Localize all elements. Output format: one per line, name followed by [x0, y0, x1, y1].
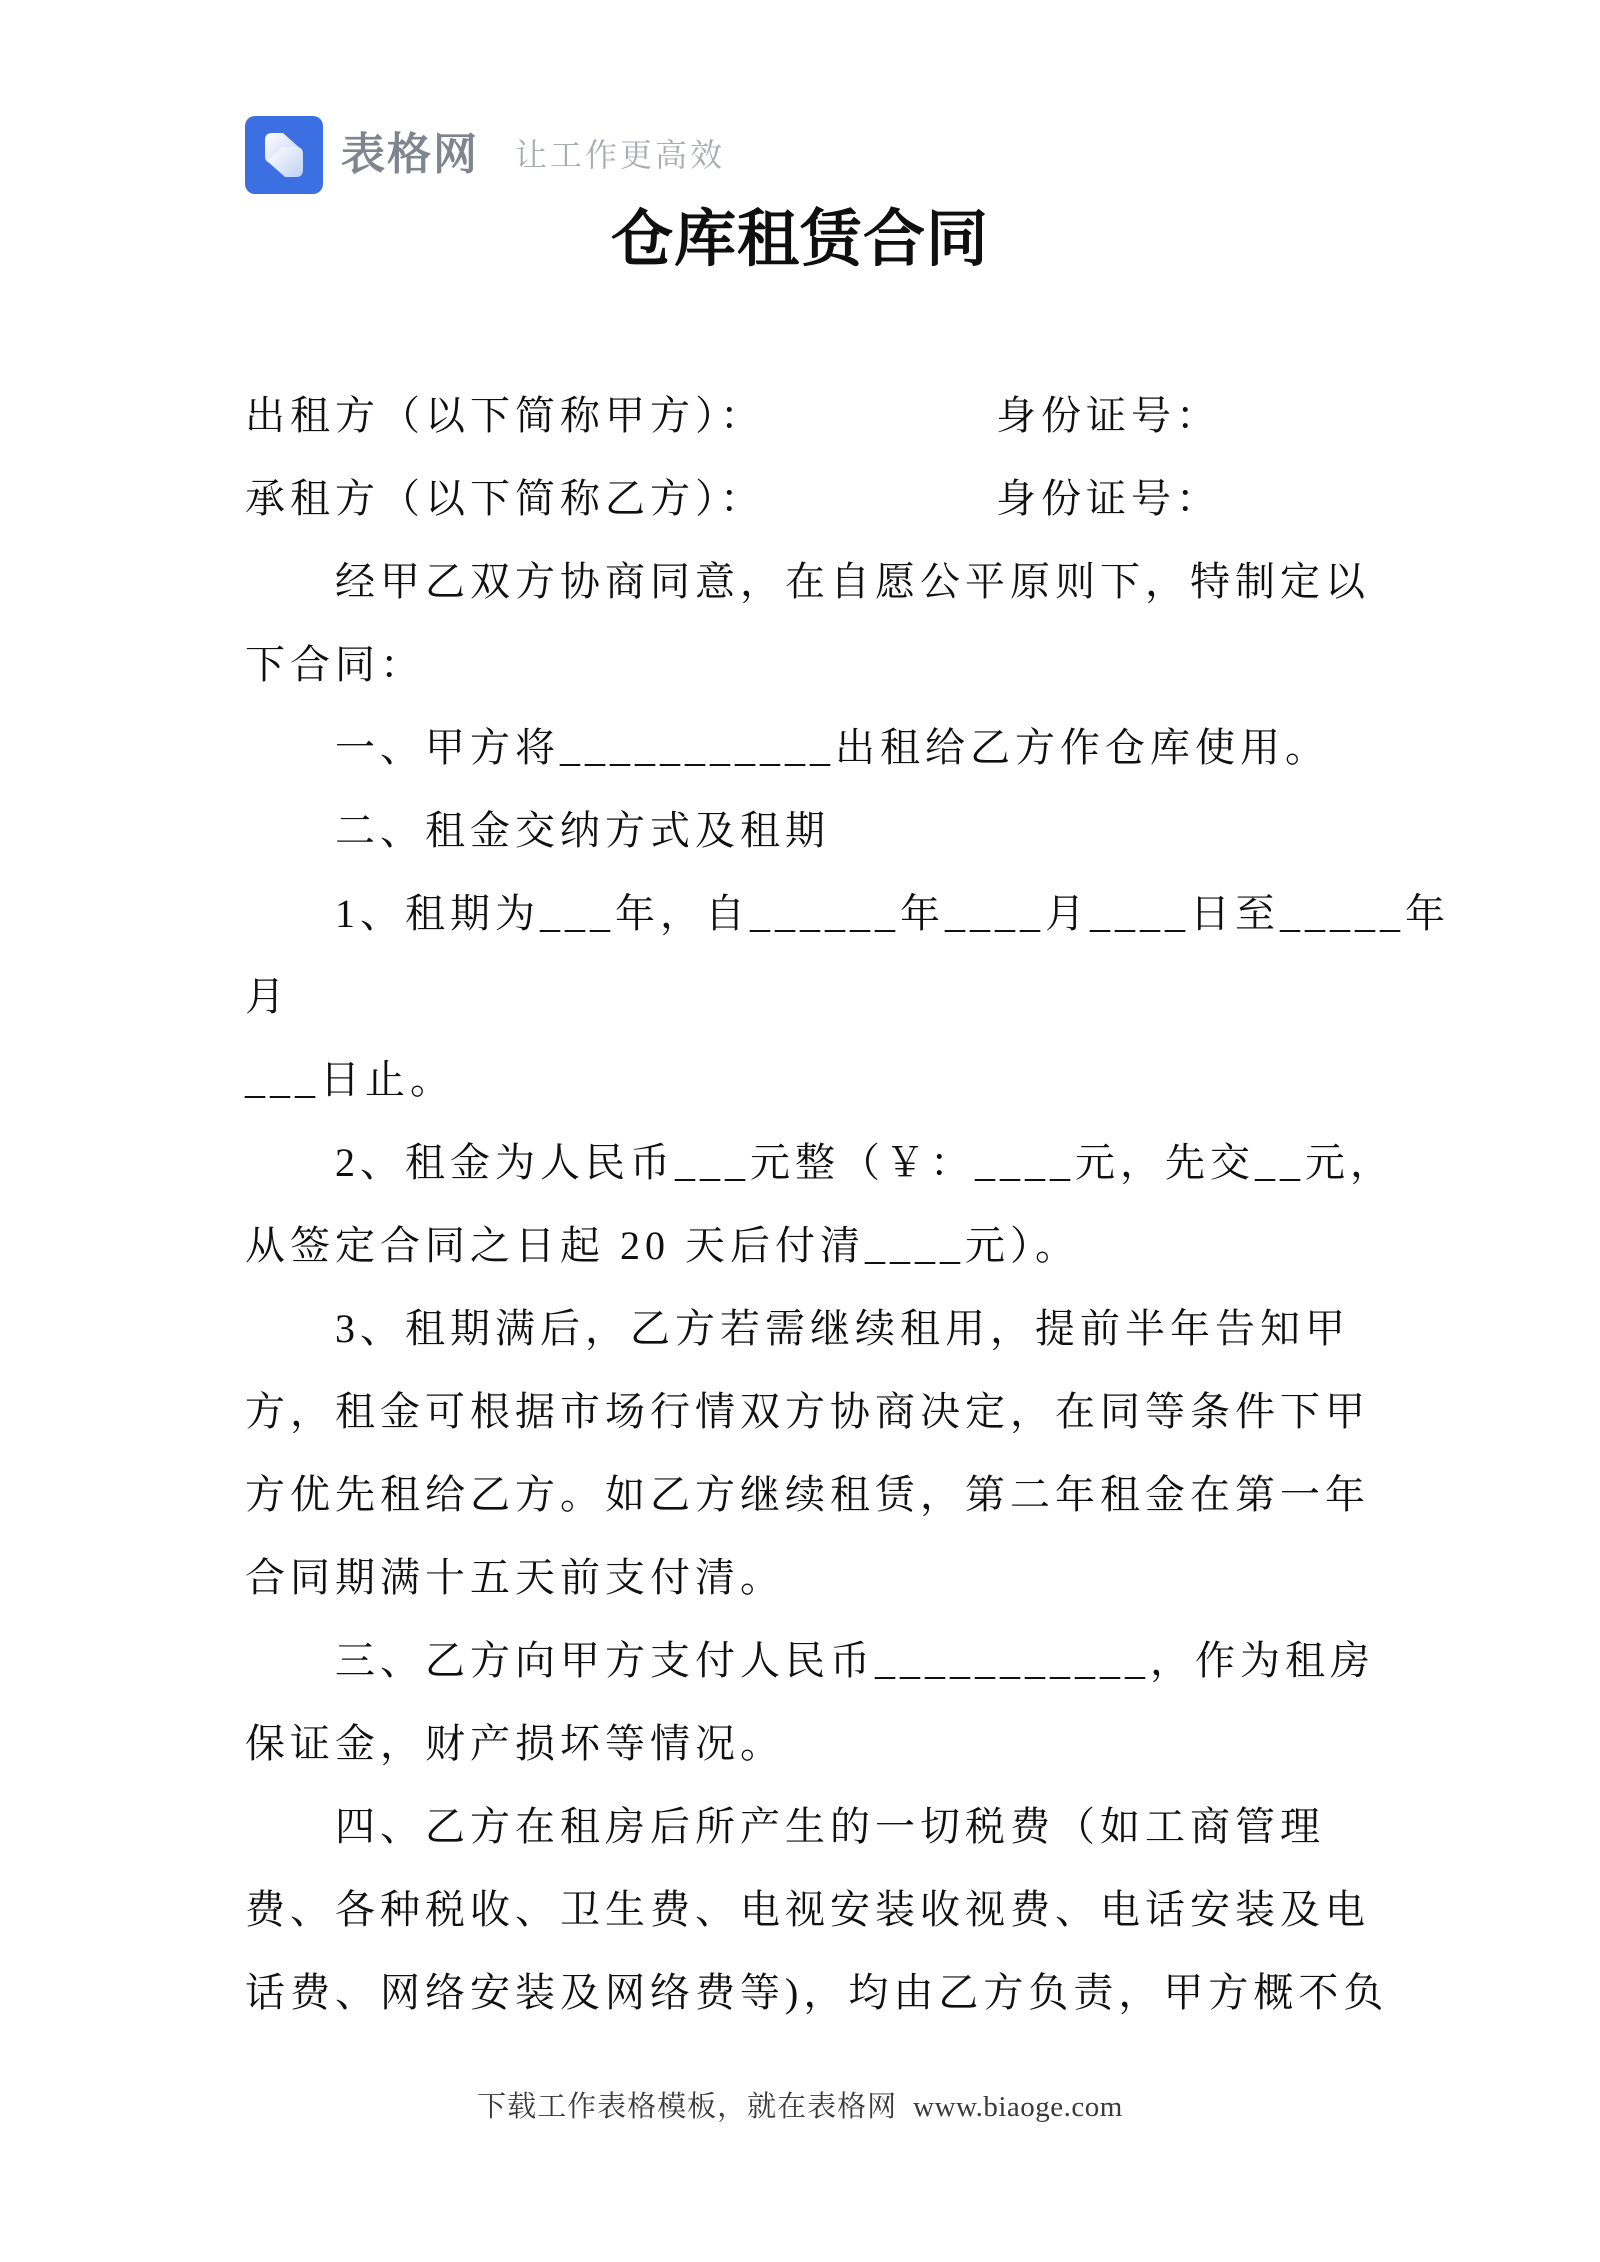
site-header: 表格网 让工作更高效 — [245, 116, 725, 194]
contract-line: 二、租金交纳方式及租期 — [245, 789, 1355, 872]
biaoge-logo — [245, 116, 323, 194]
lessee-label: 承租方（以下简称乙方）： — [245, 476, 765, 521]
contract-line: 月 — [245, 955, 1355, 1038]
brand-tagline: 让工作更高效 — [515, 116, 725, 194]
footer-url: www.biaoge.com — [913, 2091, 1123, 2123]
contract-line: 话费、网络安装及网络费等)，均由乙方负责，甲方概不负 — [245, 1951, 1355, 2034]
contract-line: 从签定合同之日起 20 天后付清____元）。 — [245, 1204, 1355, 1287]
contract-line: 一、甲方将___________出租给乙方作仓库使用。 — [245, 706, 1355, 789]
contract-line: 三、乙方向甲方支付人民币___________，作为租房 — [245, 1619, 1355, 1702]
contract-line: 下合同： — [245, 623, 1355, 706]
page-footer: 下载工作表格模板，就在表格网www.biaoge.com — [0, 2086, 1600, 2128]
footer-text: 下载工作表格模板，就在表格网 — [477, 2091, 897, 2123]
contract-line: 费、各种税收、卫生费、电视安装收视费、电话安装及电 — [245, 1868, 1355, 1951]
party-line-lessee: 承租方（以下简称乙方）： 身份证号： — [245, 457, 1355, 540]
biaoge-logo-icon — [245, 116, 323, 194]
contract-line: 合同期满十五天前支付清。 — [245, 1536, 1355, 1619]
lessee-id-label: 身份证号： — [996, 457, 1221, 540]
contract-line: 经甲乙双方协商同意，在自愿公平原则下，特制定以 — [245, 540, 1355, 623]
contract-line: ___日止。 — [245, 1038, 1355, 1121]
contract-line: 方，租金可根据市场行情双方协商决定，在同等条件下甲 — [245, 1370, 1355, 1453]
party-line-lessor: 出租方（以下简称甲方）： 身份证号： — [245, 374, 1355, 457]
document-title: 仓库租赁合同 — [0, 203, 1600, 277]
contract-body: 出租方（以下简称甲方）： 身份证号： 承租方（以下简称乙方）： 身份证号： 经甲… — [245, 374, 1355, 2034]
contract-line: 1、租期为___年，自______年____月____日至_____年 — [245, 872, 1355, 955]
contract-line: 保证金，财产损坏等情况。 — [245, 1702, 1355, 1785]
lessor-label: 出租方（以下简称甲方）： — [245, 393, 765, 438]
contract-line: 3、租期满后，乙方若需继续租用，提前半年告知甲 — [245, 1287, 1355, 1370]
lessor-id-label: 身份证号： — [996, 374, 1221, 457]
contract-page: 表格网 让工作更高效 仓库租赁合同 出租方（以下简称甲方）： 身份证号： 承租方… — [0, 0, 1600, 2262]
contract-line: 2、租金为人民币___元整（￥：____元，先交__元， — [245, 1121, 1355, 1204]
brand-name: 表格网 — [341, 116, 479, 194]
contract-line: 四、乙方在租房后所产生的一切税费（如工商管理 — [245, 1785, 1355, 1868]
contract-line: 方优先租给乙方。如乙方继续租赁，第二年租金在第一年 — [245, 1453, 1355, 1536]
